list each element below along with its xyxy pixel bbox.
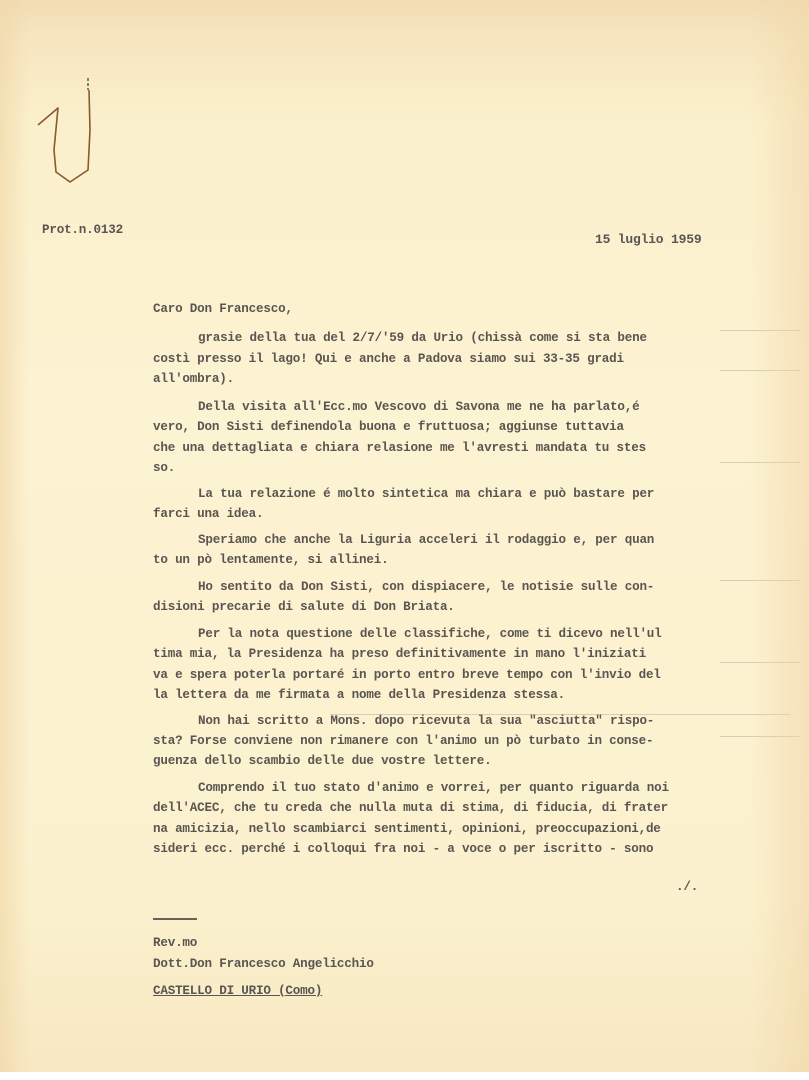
paragraph-2-line-4: so. bbox=[153, 461, 175, 475]
paragraph-1-line-1: grasie della tua del 2/7/'59 da Urio (ch… bbox=[198, 331, 647, 345]
paragraph-5-line-1: Ho sentito da Don Sisti, con dispiacere,… bbox=[198, 580, 654, 594]
handwritten-number-mark bbox=[30, 70, 100, 190]
paragraph-8-line-1: Comprendo il tuo stato d'animo e vorrei,… bbox=[198, 781, 669, 795]
paragraph-3-line-1: La tua relazione é molto sintetica ma ch… bbox=[198, 487, 654, 501]
letter-page: Prot.n.0132 15 luglio 1959 Caro Don Fran… bbox=[0, 0, 809, 1072]
paragraph-8-line-4: sideri ecc. perché i colloqui fra noi - … bbox=[153, 842, 653, 856]
paragraph-1-line-3: all'ombra). bbox=[153, 372, 234, 386]
paragraph-1-line-2: costì presso il lago! Qui e anche a Pado… bbox=[153, 352, 624, 366]
paragraph-7-line-3: guenza dello scambio delle due vostre le… bbox=[153, 754, 491, 768]
show-through-line bbox=[330, 714, 790, 715]
paragraph-7-line-2: sta? Forse conviene non rimanere con l'a… bbox=[153, 734, 653, 748]
paragraph-4-line-2: to un pò lentamente, si allinei. bbox=[153, 553, 388, 567]
paragraph-8-line-3: na amicizia, nello scambiarci sentimenti… bbox=[153, 822, 661, 836]
separator-rule bbox=[153, 918, 197, 920]
paragraph-2-line-3: che una dettagliata e chiara relasione m… bbox=[153, 441, 646, 455]
continuation-mark: ./. bbox=[676, 880, 698, 894]
protocol-number: Prot.n.0132 bbox=[42, 223, 123, 237]
paragraph-7-line-1: Non hai scritto a Mons. dopo ricevuta la… bbox=[198, 714, 654, 728]
paragraph-2-line-2: vero, Don Sisti definendola buona e frut… bbox=[153, 420, 624, 434]
salutation: Caro Don Francesco, bbox=[153, 302, 293, 316]
recipient-title: Rev.mo bbox=[153, 936, 197, 950]
paragraph-8-line-2: dell'ACEC, che tu creda che nulla muta d… bbox=[153, 801, 668, 815]
paragraph-2-line-1: Della visita all'Ecc.mo Vescovo di Savon… bbox=[198, 400, 639, 414]
paragraph-6-line-3: va e spera poterla portaré in porto entr… bbox=[153, 668, 661, 682]
show-through-line bbox=[720, 662, 800, 663]
paragraph-3-line-2: farci una idea. bbox=[153, 507, 263, 521]
recipient-name: Dott.Don Francesco Angelicchio bbox=[153, 957, 374, 971]
recipient-address: CASTELLO DI URIO (Como) bbox=[153, 984, 322, 998]
show-through-line bbox=[720, 736, 800, 737]
show-through-line bbox=[720, 580, 800, 581]
show-through-line bbox=[720, 330, 800, 331]
show-through-line bbox=[720, 370, 800, 371]
paragraph-6-line-1: Per la nota questione delle classifiche,… bbox=[198, 627, 662, 641]
show-through-line bbox=[720, 462, 800, 463]
paragraph-5-line-2: disioni precarie di salute di Don Briata… bbox=[153, 600, 455, 614]
paragraph-6-line-4: la lettera da me firmata a nome della Pr… bbox=[153, 688, 565, 702]
paragraph-4-line-1: Speriamo che anche la Liguria acceleri i… bbox=[198, 533, 654, 547]
letter-date: 15 luglio 1959 bbox=[595, 232, 701, 247]
paragraph-6-line-2: tima mia, la Presidenza ha preso definit… bbox=[153, 647, 646, 661]
